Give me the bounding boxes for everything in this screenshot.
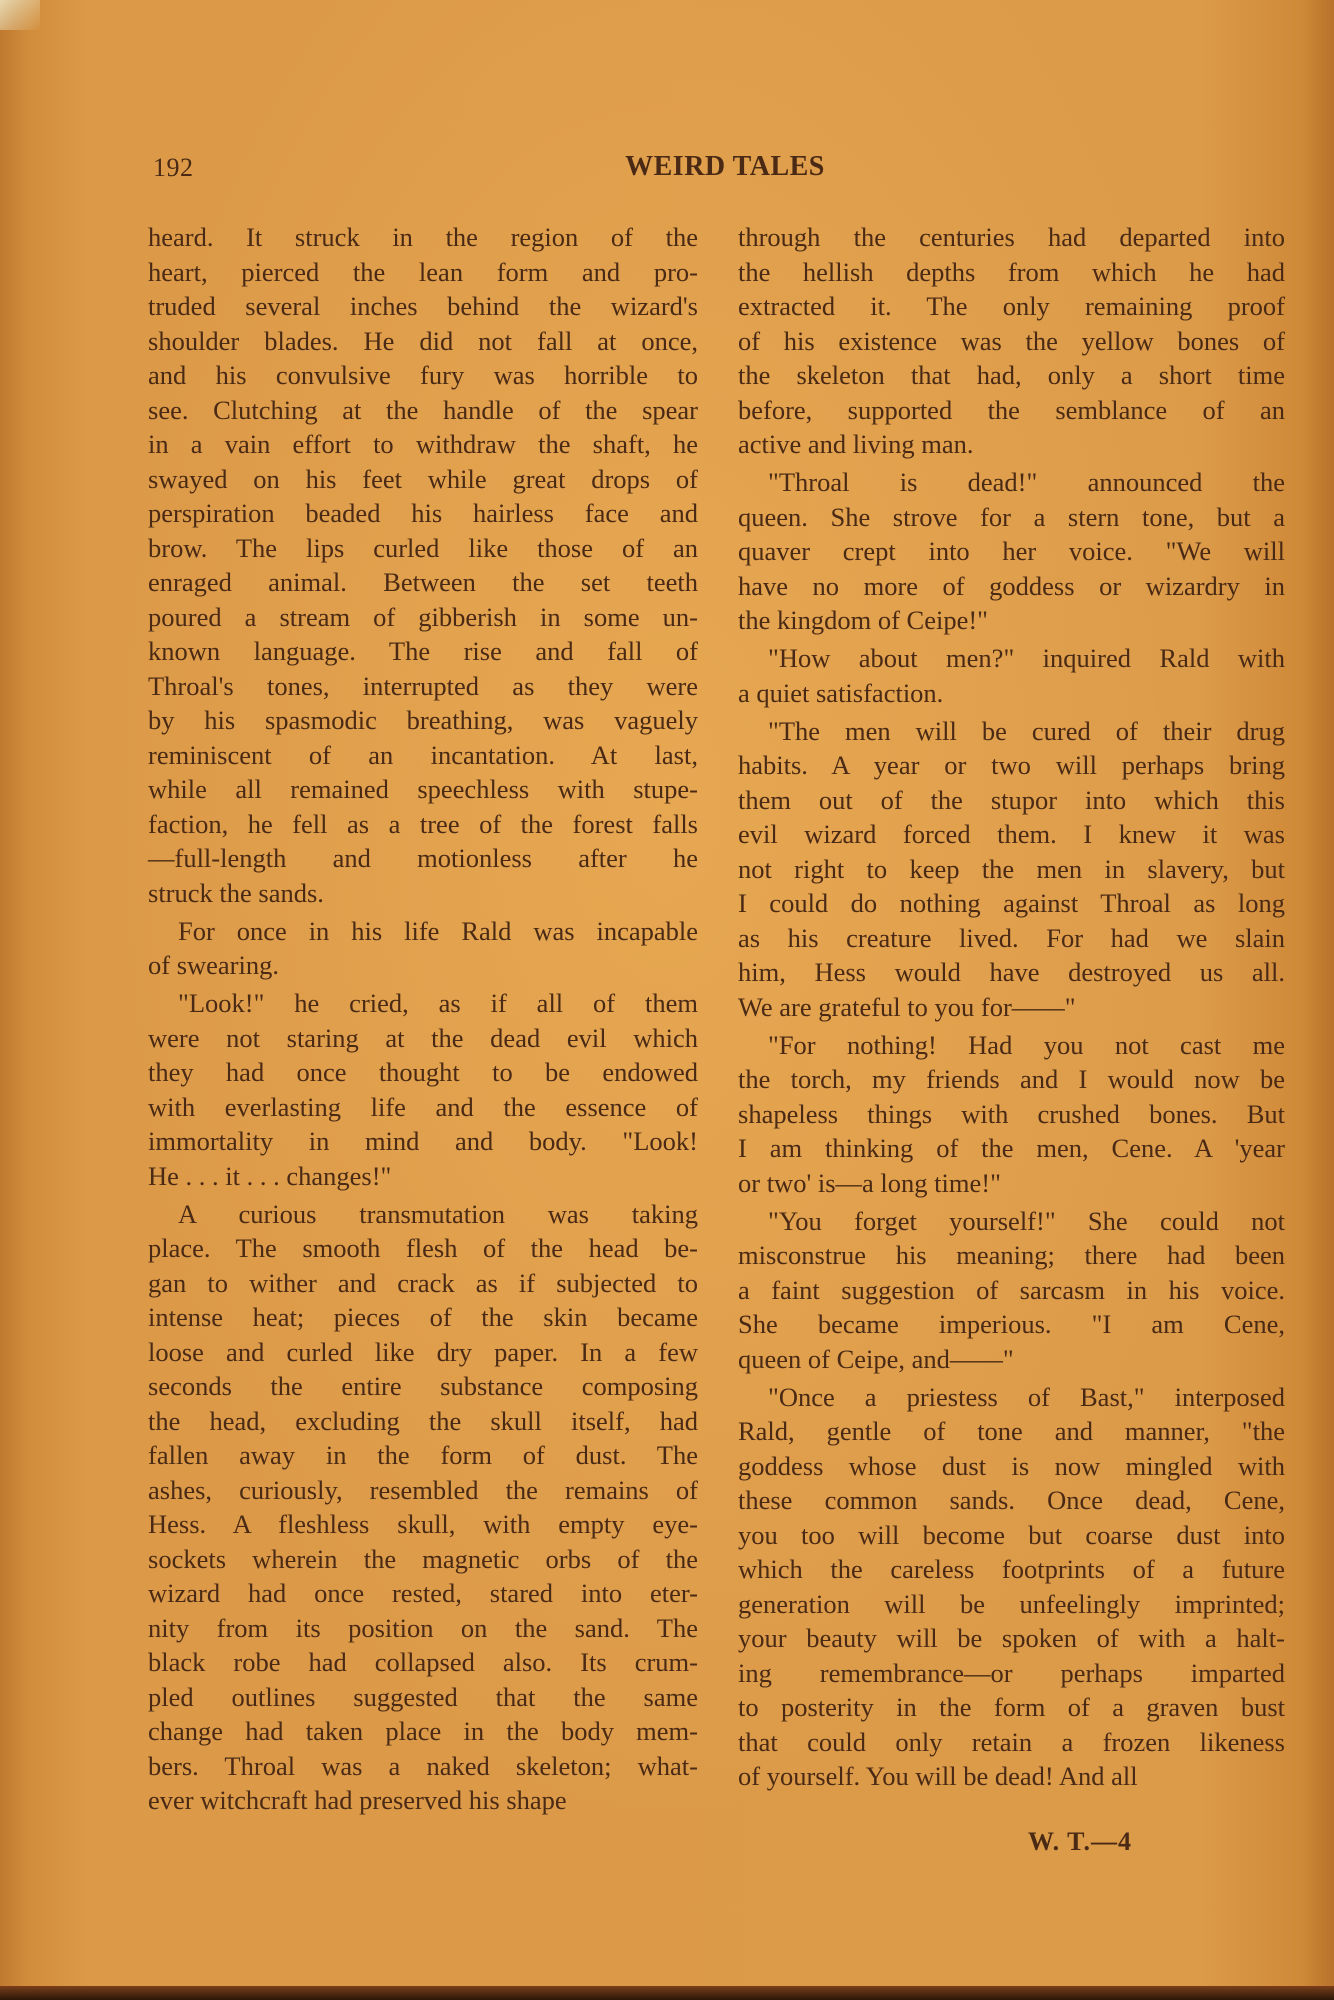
- text-line: reminiscent of an incantation. At last,: [148, 738, 698, 773]
- text-line: "For nothing! Had you not cast me: [738, 1028, 1285, 1063]
- text-line: enraged animal. Between the set teeth: [148, 565, 698, 600]
- text-line: were not staring at the dead evil which: [148, 1021, 698, 1056]
- text-line: that could only retain a frozen likeness: [738, 1725, 1285, 1760]
- signature-mark: W. T.—4: [1028, 1827, 1132, 1857]
- text-line: misconstrue his meaning; there had been: [738, 1238, 1285, 1273]
- text-line: active and living man.: [738, 427, 1285, 462]
- text-line: the kingdom of Ceipe!": [738, 603, 1285, 638]
- text-line: heard. It struck in the region of the: [148, 220, 698, 255]
- text-line: to posterity in the form of a graven bus…: [738, 1690, 1285, 1725]
- text-line: brow. The lips curled like those of an: [148, 531, 698, 566]
- text-line: goddess whose dust is now mingled with: [738, 1449, 1285, 1484]
- running-head: WEIRD TALES: [600, 150, 850, 184]
- text-line: place. The smooth flesh of the head be-: [148, 1231, 698, 1266]
- left-column: heard. It struck in the region of thehea…: [148, 220, 698, 1821]
- text-line: "Once a priestess of Bast," interposed: [738, 1380, 1285, 1415]
- text-line: nity from its position on the sand. The: [148, 1611, 698, 1646]
- page-corner-shadow: [0, 0, 40, 30]
- text-line: not right to keep the men in slavery, bu…: [738, 852, 1285, 887]
- text-line: seconds the entire substance composing: [148, 1369, 698, 1404]
- text-line: shoulder blades. He did not fall at once…: [148, 324, 698, 359]
- text-line: you too will become but coarse dust into: [738, 1518, 1285, 1553]
- text-line: as his creature lived. For had we slain: [738, 921, 1285, 956]
- text-line: fallen away in the form of dust. The: [148, 1438, 698, 1473]
- text-line: queen. She strove for a stern tone, but …: [738, 500, 1285, 535]
- text-line: ever witchcraft had preserved his shape: [148, 1783, 698, 1818]
- magazine-page: 192 WEIRD TALES heard. It struck in the …: [0, 0, 1334, 2000]
- text-line: intense heat; pieces of the skin became: [148, 1300, 698, 1335]
- text-line: the skeleton that had, only a short time: [738, 358, 1285, 393]
- paragraph: "The men will be cured of their drughabi…: [738, 714, 1285, 1025]
- text-line: "You forget yourself!" She could not: [738, 1204, 1285, 1239]
- text-line: "How about men?" inquired Rald with: [738, 641, 1285, 676]
- text-line: of swearing.: [148, 948, 698, 983]
- text-line: change had taken place in the body mem-: [148, 1714, 698, 1749]
- text-line: they had once thought to be endowed: [148, 1055, 698, 1090]
- text-line: swayed on his feet while great drops of: [148, 462, 698, 497]
- text-line: ing remembrance—or perhaps imparted: [738, 1656, 1285, 1691]
- text-line: perspiration beaded his hairless face an…: [148, 496, 698, 531]
- text-line: have no more of goddess or wizardry in: [738, 569, 1285, 604]
- text-line: Throal's tones, interrupted as they were: [148, 669, 698, 704]
- text-line: —full-length and motionless after he: [148, 841, 698, 876]
- text-line: "Look!" he cried, as if all of them: [148, 986, 698, 1021]
- text-line: She became imperious. "I am Cene,: [738, 1307, 1285, 1342]
- text-line: them out of the stupor into which this: [738, 783, 1285, 818]
- text-line: wizard had once rested, stared into eter…: [148, 1576, 698, 1611]
- text-line: in a vain effort to withdraw the shaft, …: [148, 427, 698, 462]
- text-line: by his spasmodic breathing, was vaguely: [148, 703, 698, 738]
- text-line: loose and curled like dry paper. In a fe…: [148, 1335, 698, 1370]
- text-line: immortality in mind and body. "Look!: [148, 1124, 698, 1159]
- paragraph: "You forget yourself!" She could notmisc…: [738, 1204, 1285, 1377]
- paragraph: "How about men?" inquired Rald witha qui…: [738, 641, 1285, 710]
- paragraph: For once in his life Rald was incapableo…: [148, 914, 698, 983]
- text-line: of his existence was the yellow bones of: [738, 324, 1285, 359]
- text-line: generation will be unfeelingly imprinted…: [738, 1587, 1285, 1622]
- text-line: see. Clutching at the handle of the spea…: [148, 393, 698, 428]
- paragraph: "Once a priestess of Bast," interposedRa…: [738, 1380, 1285, 1794]
- text-line: I could do nothing against Throal as lon…: [738, 886, 1285, 921]
- text-line: a faint suggestion of sarcasm in his voi…: [738, 1273, 1285, 1308]
- page-bottom-edge: [0, 1986, 1334, 2000]
- paragraph: "Throal is dead!" announced thequeen. Sh…: [738, 465, 1285, 638]
- text-line: habits. A year or two will perhaps bring: [738, 748, 1285, 783]
- text-line: bers. Throal was a naked skeleton; what-: [148, 1749, 698, 1784]
- text-line: the torch, my friends and I would now be: [738, 1062, 1285, 1097]
- text-line: or two' is—a long time!": [738, 1166, 1285, 1201]
- text-line: him, Hess would have destroyed us all.: [738, 955, 1285, 990]
- text-line: and his convulsive fury was horrible to: [148, 358, 698, 393]
- text-line: We are grateful to you for——": [738, 990, 1285, 1025]
- text-line: while all remained speechless with stupe…: [148, 772, 698, 807]
- text-line: faction, he fell as a tree of the forest…: [148, 807, 698, 842]
- text-line: known language. The rise and fall of: [148, 634, 698, 669]
- text-line: Hess. A fleshless skull, with empty eye-: [148, 1507, 698, 1542]
- page-number: 192: [153, 153, 194, 183]
- text-line: sockets wherein the magnetic orbs of the: [148, 1542, 698, 1577]
- text-line: He . . . it . . . changes!": [148, 1159, 698, 1194]
- paragraph: heard. It struck in the region of thehea…: [148, 220, 698, 910]
- text-line: the hellish depths from which he had: [738, 255, 1285, 290]
- text-line: extracted it. The only remaining proof: [738, 289, 1285, 324]
- text-line: with everlasting life and the essence of: [148, 1090, 698, 1125]
- paragraph: A curious transmutation was takingplace.…: [148, 1197, 698, 1818]
- text-line: these common sands. Once dead, Cene,: [738, 1483, 1285, 1518]
- text-line: "Throal is dead!" announced the: [738, 465, 1285, 500]
- text-line: queen of Ceipe, and——": [738, 1342, 1285, 1377]
- text-line: "The men will be cured of their drug: [738, 714, 1285, 749]
- text-line: I am thinking of the men, Cene. A 'year: [738, 1131, 1285, 1166]
- text-line: before, supported the semblance of an: [738, 393, 1285, 428]
- text-line: heart, pierced the lean form and pro-: [148, 255, 698, 290]
- text-line: For once in his life Rald was incapable: [148, 914, 698, 949]
- text-line: black robe had collapsed also. Its crum-: [148, 1645, 698, 1680]
- text-line: a quiet satisfaction.: [738, 676, 1285, 711]
- text-line: A curious transmutation was taking: [148, 1197, 698, 1232]
- paragraph: through the centuries had departed intot…: [738, 220, 1285, 462]
- right-column: through the centuries had departed intot…: [738, 220, 1285, 1797]
- text-line: Rald, gentle of tone and manner, "the: [738, 1414, 1285, 1449]
- text-line: evil wizard forced them. I knew it was: [738, 817, 1285, 852]
- text-line: poured a stream of gibberish in some un-: [148, 600, 698, 635]
- text-line: quaver crept into her voice. "We will: [738, 534, 1285, 569]
- text-line: ashes, curiously, resembled the remains …: [148, 1473, 698, 1508]
- text-line: your beauty will be spoken of with a hal…: [738, 1621, 1285, 1656]
- text-line: pled outlines suggested that the same: [148, 1680, 698, 1715]
- paragraph: "Look!" he cried, as if all of themwere …: [148, 986, 698, 1193]
- text-line: through the centuries had departed into: [738, 220, 1285, 255]
- text-line: which the careless footprints of a futur…: [738, 1552, 1285, 1587]
- paragraph: "For nothing! Had you not cast methe tor…: [738, 1028, 1285, 1201]
- text-line: the head, excluding the skull itself, ha…: [148, 1404, 698, 1439]
- text-line: shapeless things with crushed bones. But: [738, 1097, 1285, 1132]
- text-line: of yourself. You will be dead! And all: [738, 1759, 1285, 1794]
- text-line: struck the sands.: [148, 876, 698, 911]
- text-line: truded several inches behind the wizard'…: [148, 289, 698, 324]
- text-line: gan to wither and crack as if subjected …: [148, 1266, 698, 1301]
